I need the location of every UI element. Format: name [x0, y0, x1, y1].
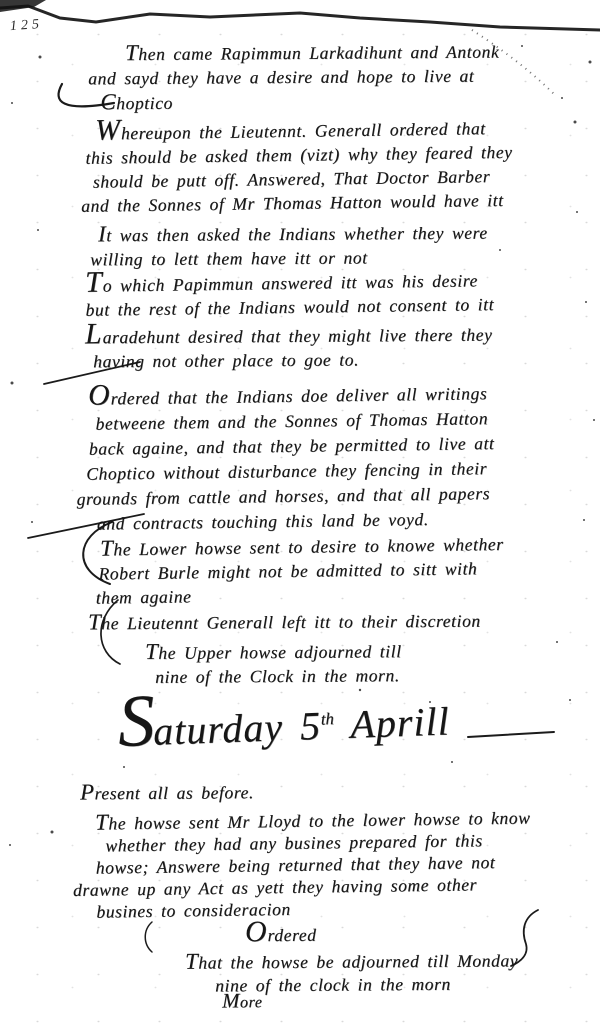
- text-line: Ordered: [245, 918, 600, 947]
- text-line: Choptico: [100, 87, 600, 115]
- paragraph-present: Present all as before.: [0, 777, 600, 806]
- text-line: It was then asked the Indians whether th…: [98, 219, 600, 248]
- manuscript-text: Then came Rapimmun Larkadihunt and Anton…: [0, 42, 600, 1015]
- heading-day-word: Saturday: [116, 678, 284, 771]
- text-line: Then came Rapimmun Larkadihunt and Anton…: [125, 38, 600, 66]
- heading-day-number: 5: [299, 703, 322, 749]
- paragraph-laradehunt: Laradehunt desired that they might live …: [0, 319, 600, 374]
- text-line: Laradehunt desired that they might live …: [85, 319, 600, 350]
- paragraph-then-came: Then came Rapimmun Larkadihunt and Anton…: [0, 38, 600, 116]
- text-line: The Lieutennt Generall left itt to their…: [88, 607, 600, 636]
- text-line: Present all as before.: [80, 777, 600, 806]
- paragraph-ordered-indians: Ordered that the Indians doe deliver all…: [0, 376, 600, 538]
- text-line: That the howse be adjourned till Monday: [185, 947, 600, 975]
- paragraph-whereupon: Whereupon the Lieutennt. Generall ordere…: [0, 112, 600, 219]
- catchword: More: [222, 989, 600, 1014]
- heading-month: Aprill: [350, 698, 451, 746]
- paragraph-ordered-label: Ordered: [0, 918, 600, 949]
- text-line: and sayd they have a desire and hope to …: [88, 63, 600, 91]
- text-line: having not other place to goe to.: [93, 346, 600, 374]
- heading-ordinal: th: [320, 709, 334, 728]
- folio-number: 125: [9, 17, 43, 35]
- paragraph-howse-sent-lloyd: The howse sent Mr Lloyd to the lower how…: [0, 805, 600, 924]
- text-line: The Upper howse adjourned till: [145, 637, 600, 665]
- paragraph-left-to-discretion: The Lieutennt Generall left itt to their…: [0, 607, 600, 636]
- manuscript-page: 125 Then came Rapimmun Larkadihunt and A…: [0, 0, 600, 1026]
- paragraph-papimmun-answered: To which Papimmun answered itt was his d…: [0, 264, 600, 323]
- paragraph-lower-howse: The Lower howse sent to desire to knowe …: [0, 530, 600, 611]
- day-heading: Saturday 5th Aprill: [116, 667, 600, 771]
- catchword-block: More: [0, 989, 600, 1015]
